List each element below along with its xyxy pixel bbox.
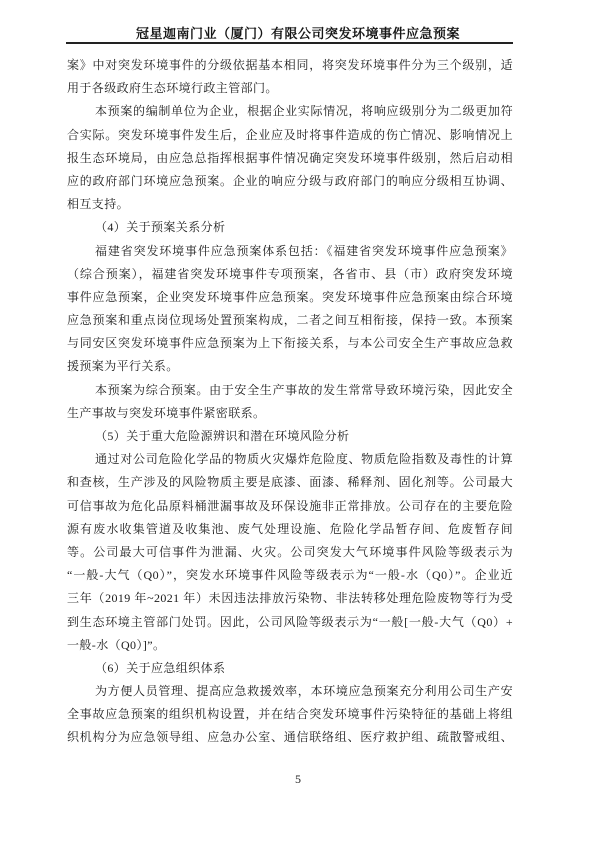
text-line: 本预案为综合预案。由于安全生产事故的发生常常导致环境污染，因此安全 [67, 379, 513, 402]
text-line: 报生态环境局，由应急总指挥根据事件情况确定突发环境事件级别，然后启动相 [67, 147, 513, 170]
text-line: 福建省突发环境事件应急预案体系包括：《福建省突发环境事件应急预案》 [67, 240, 513, 263]
text-line: “一般-大气（Q0）”，突发水环境事件风险等级表示为“一般-水（Q0）”。企业近 [67, 564, 513, 587]
text-line: 源有废水收集管道及收集池、废气处理设施、危险化学品暂存间、危废暂存间 [67, 518, 513, 541]
text-line: 全事故应急预案的组织机构设置，并在结合突发环境事件污染特征的基础上将组 [67, 703, 513, 726]
text-line: 生产事故与突发环境事件紧密联系。 [67, 402, 513, 425]
text-line: 和查核，生产涉及的风险物质主要是底漆、面漆、稀释剂、固化剂等。公司最大 [67, 471, 513, 494]
text-line: 应的政府部门环境应急预案。企业的响应分级与政府部门的响应分级相互协调、 [67, 170, 513, 193]
text-line: （5）关于重大危险源辨识和潜在环境风险分析 [67, 425, 513, 448]
text-line: 为方便人员管理、提高应急救援效率，本环境应急预案充分利用公司生产安 [67, 680, 513, 703]
text-line: 织机构分为应急领导组、应急办公室、通信联络组、医疗救护组、疏散警戒组、抢 [67, 726, 513, 749]
text-line: 合实际。突发环境事件发生后，企业应及时将事件造成的伤亡情况、影响情况上 [67, 124, 513, 147]
text-line: 通过对公司危险化学品的物质火灾爆炸危险度、物质危险指数及毒性的计算 [67, 448, 513, 471]
text-line: 援预案为平行关系。 [67, 355, 513, 378]
page-number: 5 [0, 772, 596, 787]
document-header-title: 冠星迦南门业（厦门）有限公司突发环境事件应急预案 [0, 26, 596, 41]
text-line: （4）关于预案关系分析 [67, 216, 513, 239]
text-line: （综合预案），福建省突发环境事件专项预案，各省市、县（市）政府突发环境 [67, 263, 513, 286]
document-page: 冠星迦南门业（厦门）有限公司突发环境事件应急预案 案》中对突发环境事件的分级依据… [0, 0, 596, 843]
text-line: 可信事故为危化品原料桶泄漏事故及环保设施非正常排放。公司存在的主要危险 [67, 495, 513, 518]
text-line: 事件应急预案，企业突发环境事件应急预案。突发环境事件应急预案由综合环境 [67, 286, 513, 309]
text-line: 等。公司最大可信事件为泄漏、火灾。公司突发大气环境事件风险等级表示为 [67, 541, 513, 564]
header-rule [66, 42, 513, 44]
text-line: 相互支持。 [67, 193, 513, 216]
text-line: 本预案的编制单位为企业，根据企业实际情况，将响应级别分为二级更加符 [67, 100, 513, 123]
text-line: 案》中对突发环境事件的分级依据基本相同，将突发环境事件分为三个级别，适 [67, 54, 513, 77]
text-line: （6）关于应急组织体系 [67, 657, 513, 680]
text-line: 一般-水（Q0）]”。 [67, 634, 513, 657]
text-line: 应急预案和重点岗位现场处置预案构成，二者之间互相衔接，保持一致。本预案 [67, 309, 513, 332]
document-lines: 案》中对突发环境事件的分级依据基本相同，将突发环境事件分为三个级别，适用于各级政… [67, 54, 513, 750]
text-line: 到生态环境主管部门处罚。因此，公司风险等级表示为“一般[一般-大气（Q0）+ [67, 611, 513, 634]
text-line: 三年（2019 年~2021 年）未因违法排放污染物、非法转移处理危险废物等行为… [67, 587, 513, 610]
text-line: 用于各级政府生态环境行政主管部门。 [67, 77, 513, 100]
text-line: 与同安区突发环境事件应急预案为上下衔接关系，与本公司安全生产事故应急救 [67, 332, 513, 355]
